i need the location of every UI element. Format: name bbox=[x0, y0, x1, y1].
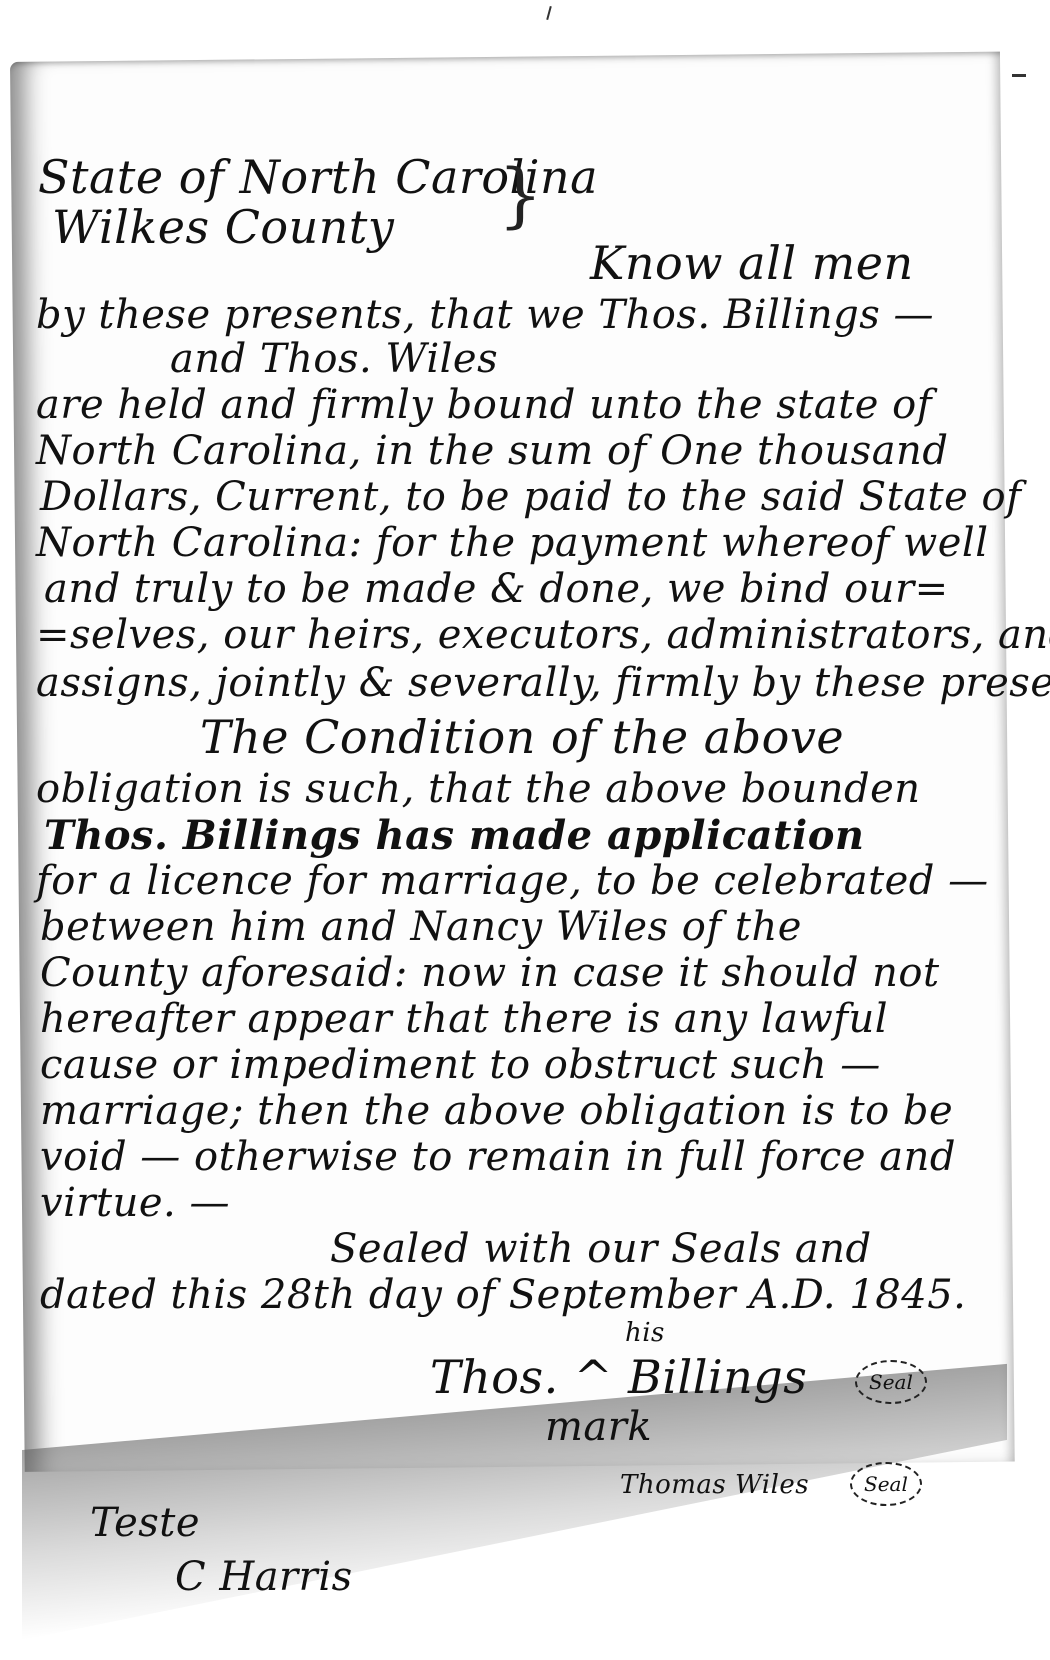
body-line: cause or impediment to obstruct such — bbox=[40, 1042, 881, 1088]
body-line: County aforesaid: now in case it should … bbox=[40, 950, 940, 996]
body-line: Thos. Billings has made application bbox=[44, 812, 864, 859]
body-line: obligation is such, that the above bound… bbox=[36, 766, 921, 812]
stray-pen-mark bbox=[546, 6, 552, 20]
body-line: Dollars, Current, to be paid to the said… bbox=[40, 474, 1021, 520]
condition-heading: The Condition of the above bbox=[200, 710, 844, 764]
body-line: and truly to be made & done, we bind our… bbox=[44, 566, 949, 612]
opening-phrase: Know all men bbox=[590, 236, 914, 290]
witness-label: Teste bbox=[90, 1500, 200, 1546]
stray-dash-mark bbox=[1012, 74, 1026, 77]
body-line: marriage; then the above obligation is t… bbox=[40, 1088, 953, 1134]
body-line: virtue. — bbox=[40, 1180, 230, 1226]
county-heading: Wilkes County bbox=[52, 200, 394, 254]
body-line: hereafter appear that there is any lawfu… bbox=[40, 996, 888, 1042]
body-line: are held and firmly bound unto the state… bbox=[36, 382, 932, 428]
body-line: North Carolina, in the sum of One thousa… bbox=[36, 428, 948, 474]
surety-signature: Thomas Wiles bbox=[620, 1470, 809, 1500]
sealing-clause: Sealed with our Seals and bbox=[330, 1226, 872, 1272]
his-label: his bbox=[625, 1318, 665, 1348]
mark-label: mark bbox=[545, 1404, 652, 1450]
body-line: between him and Nancy Wiles of the bbox=[40, 904, 802, 950]
body-line: by these presents, that we Thos. Billing… bbox=[36, 292, 934, 338]
body-line: and Thos. Wiles bbox=[170, 336, 498, 382]
witness-signature: C Harris bbox=[175, 1554, 353, 1600]
principal-signature: Thos. ^ Billings bbox=[430, 1350, 807, 1404]
surety-seal: Seal bbox=[850, 1462, 922, 1506]
heading-brace: } bbox=[498, 160, 543, 230]
body-line: void — otherwise to remain in full force… bbox=[40, 1134, 956, 1180]
principal-seal: Seal bbox=[855, 1360, 927, 1404]
date-line: dated this 28th day of September A.D. 18… bbox=[40, 1272, 966, 1318]
body-line: assigns, jointly & severally, firmly by … bbox=[36, 660, 1050, 706]
body-line: for a licence for marriage, to be celebr… bbox=[36, 858, 989, 904]
body-line: =selves, our heirs, executors, administr… bbox=[36, 612, 1050, 658]
body-line: North Carolina: for the payment whereof … bbox=[36, 520, 989, 566]
